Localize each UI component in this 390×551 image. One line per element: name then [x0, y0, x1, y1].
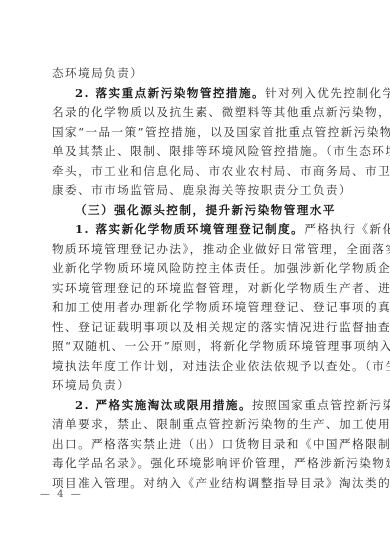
body-text-segment: 出口。严格落实禁止进（出）口货物目录和《中国严格限制的有: [52, 437, 390, 451]
text-line: 牵头，市工业和信息化局、市农业农村局、市商务局、市卫生健: [52, 162, 342, 182]
body-text-segment: 国家“一品一策”管控措施，以及国家首批重点管控新污染物清: [52, 125, 390, 139]
responsibility-note: 康委、市市场监管局、鹿泉海关等按职责分工负责）: [52, 183, 352, 197]
body-text-segment: 针对列入优先控制化学品: [265, 86, 390, 100]
text-line: 1. 落实新化学物质环境管理登记制度。严格执行《新化学: [52, 220, 342, 240]
page-number: — 4 —: [40, 489, 83, 500]
responsibility-note: （市生态: [365, 359, 390, 373]
text-line: 单及其禁止、限制、限排等环境风险管控措施。（市生态环境局: [52, 142, 342, 162]
body-text-segment: 按照国家重点管控新污染物: [252, 398, 390, 412]
text-line: 国家“一品一策”管控措施，以及国家首批重点管控新污染物清: [52, 123, 342, 143]
body-text-segment: 境执法年度工作计划，对违法企业依法依规予以查处。: [52, 359, 365, 373]
body-text-segment: 严格执行《新化学: [304, 222, 390, 236]
text-line: 性、登记证载明事项以及相关规定的落实情况进行监督抽查。按: [52, 318, 342, 338]
heading-text: 2. 落实重点新污染物管控措施。: [75, 86, 265, 100]
responsibility-note: （市生态环境局: [326, 144, 390, 158]
text-line: 照“双随机、一公开”原则，将新化学物质环境管理事项纳入环: [52, 337, 342, 357]
text-line: 和加工使用者办理新化学物质环境管理登记、登记事项的真实: [52, 298, 342, 318]
body-text-segment: 物质环境管理登记办法》，推动企业做好日常管理，全面落实企: [52, 242, 390, 256]
heading-text: 2. 严格实施淘汰或限用措施。: [75, 398, 252, 412]
text-line: 态环境局负责）: [52, 64, 342, 84]
heading-text: （三）强化源头控制，提升新污染物管理水平: [75, 203, 336, 217]
responsibility-note: 态环境局负责）: [52, 66, 143, 80]
text-line: 物质环境管理登记办法》，推动企业做好日常管理，全面落实企: [52, 240, 342, 260]
body-text-segment: 和加工使用者办理新化学物质环境管理登记、登记事项的真实: [52, 300, 390, 314]
document-page: 态环境局负责）2. 落实重点新污染物管控措施。针对列入优先控制化学品名录的化学物…: [0, 0, 390, 551]
body-text-segment: 业新化学物质环境风险防控主体责任。加强涉新化学物质企业落: [52, 261, 390, 275]
body-text-segment: 单及其禁止、限制、限排等环境风险管控措施。: [52, 144, 326, 158]
heading-text: 1. 落实新化学物质环境管理登记制度。: [75, 222, 304, 236]
text-line: 清单要求，禁止、限制重点管控新污染物的生产、加工使用和进: [52, 415, 342, 435]
body-text-segment: 照“双随机、一公开”原则，将新化学物质环境管理事项纳入环: [52, 339, 390, 353]
text-line: 境执法年度工作计划，对违法企业依法依规予以查处。（市生态: [52, 357, 342, 377]
text-line: 环境局负责）: [52, 376, 342, 396]
text-line: 毒化学品名录》。强化环境影响评价管理，严格涉新污染物建设: [52, 454, 342, 474]
text-line: 出口。严格落实禁止进（出）口货物目录和《中国严格限制的有: [52, 435, 342, 455]
body-text-segment: 实环境管理登记的环境监督管理，对新化学物质生产者、进口者: [52, 281, 390, 295]
body-text-segment: 项目准入管理。对纳入《产业结构调整指导目录》淘汰类的工业: [52, 476, 390, 490]
text-line: 2. 严格实施淘汰或限用措施。按照国家重点管控新污染物: [52, 396, 342, 416]
text-line: 业新化学物质环境风险防控主体责任。加强涉新化学物质企业落: [52, 259, 342, 279]
responsibility-note: 牵头，市工业和信息化局、市农业农村局、市商务局、市卫生健: [52, 164, 390, 178]
text-line: 项目准入管理。对纳入《产业结构调整指导目录》淘汰类的工业: [52, 474, 342, 494]
body-text: 态环境局负责）2. 落实重点新污染物管控措施。针对列入优先控制化学品名录的化学物…: [52, 64, 342, 493]
text-line: 2. 落实重点新污染物管控措施。针对列入优先控制化学品: [52, 84, 342, 104]
body-text-segment: 清单要求，禁止、限制重点管控新污染物的生产、加工使用和进: [52, 417, 390, 431]
text-line: 名录的化学物质以及抗生素、微塑料等其他重点新污染物，落实: [52, 103, 342, 123]
body-text-segment: 毒化学品名录》。强化环境影响评价管理，严格涉新污染物建设: [52, 456, 390, 470]
text-line: （三）强化源头控制，提升新污染物管理水平: [52, 201, 342, 221]
text-line: 实环境管理登记的环境监督管理，对新化学物质生产者、进口者: [52, 279, 342, 299]
text-line: 康委、市市场监管局、鹿泉海关等按职责分工负责）: [52, 181, 342, 201]
responsibility-note: 环境局负责）: [52, 378, 130, 392]
body-text-segment: 名录的化学物质以及抗生素、微塑料等其他重点新污染物，落实: [52, 105, 390, 119]
body-text-segment: 性、登记证载明事项以及相关规定的落实情况进行监督抽查。按: [52, 320, 390, 334]
